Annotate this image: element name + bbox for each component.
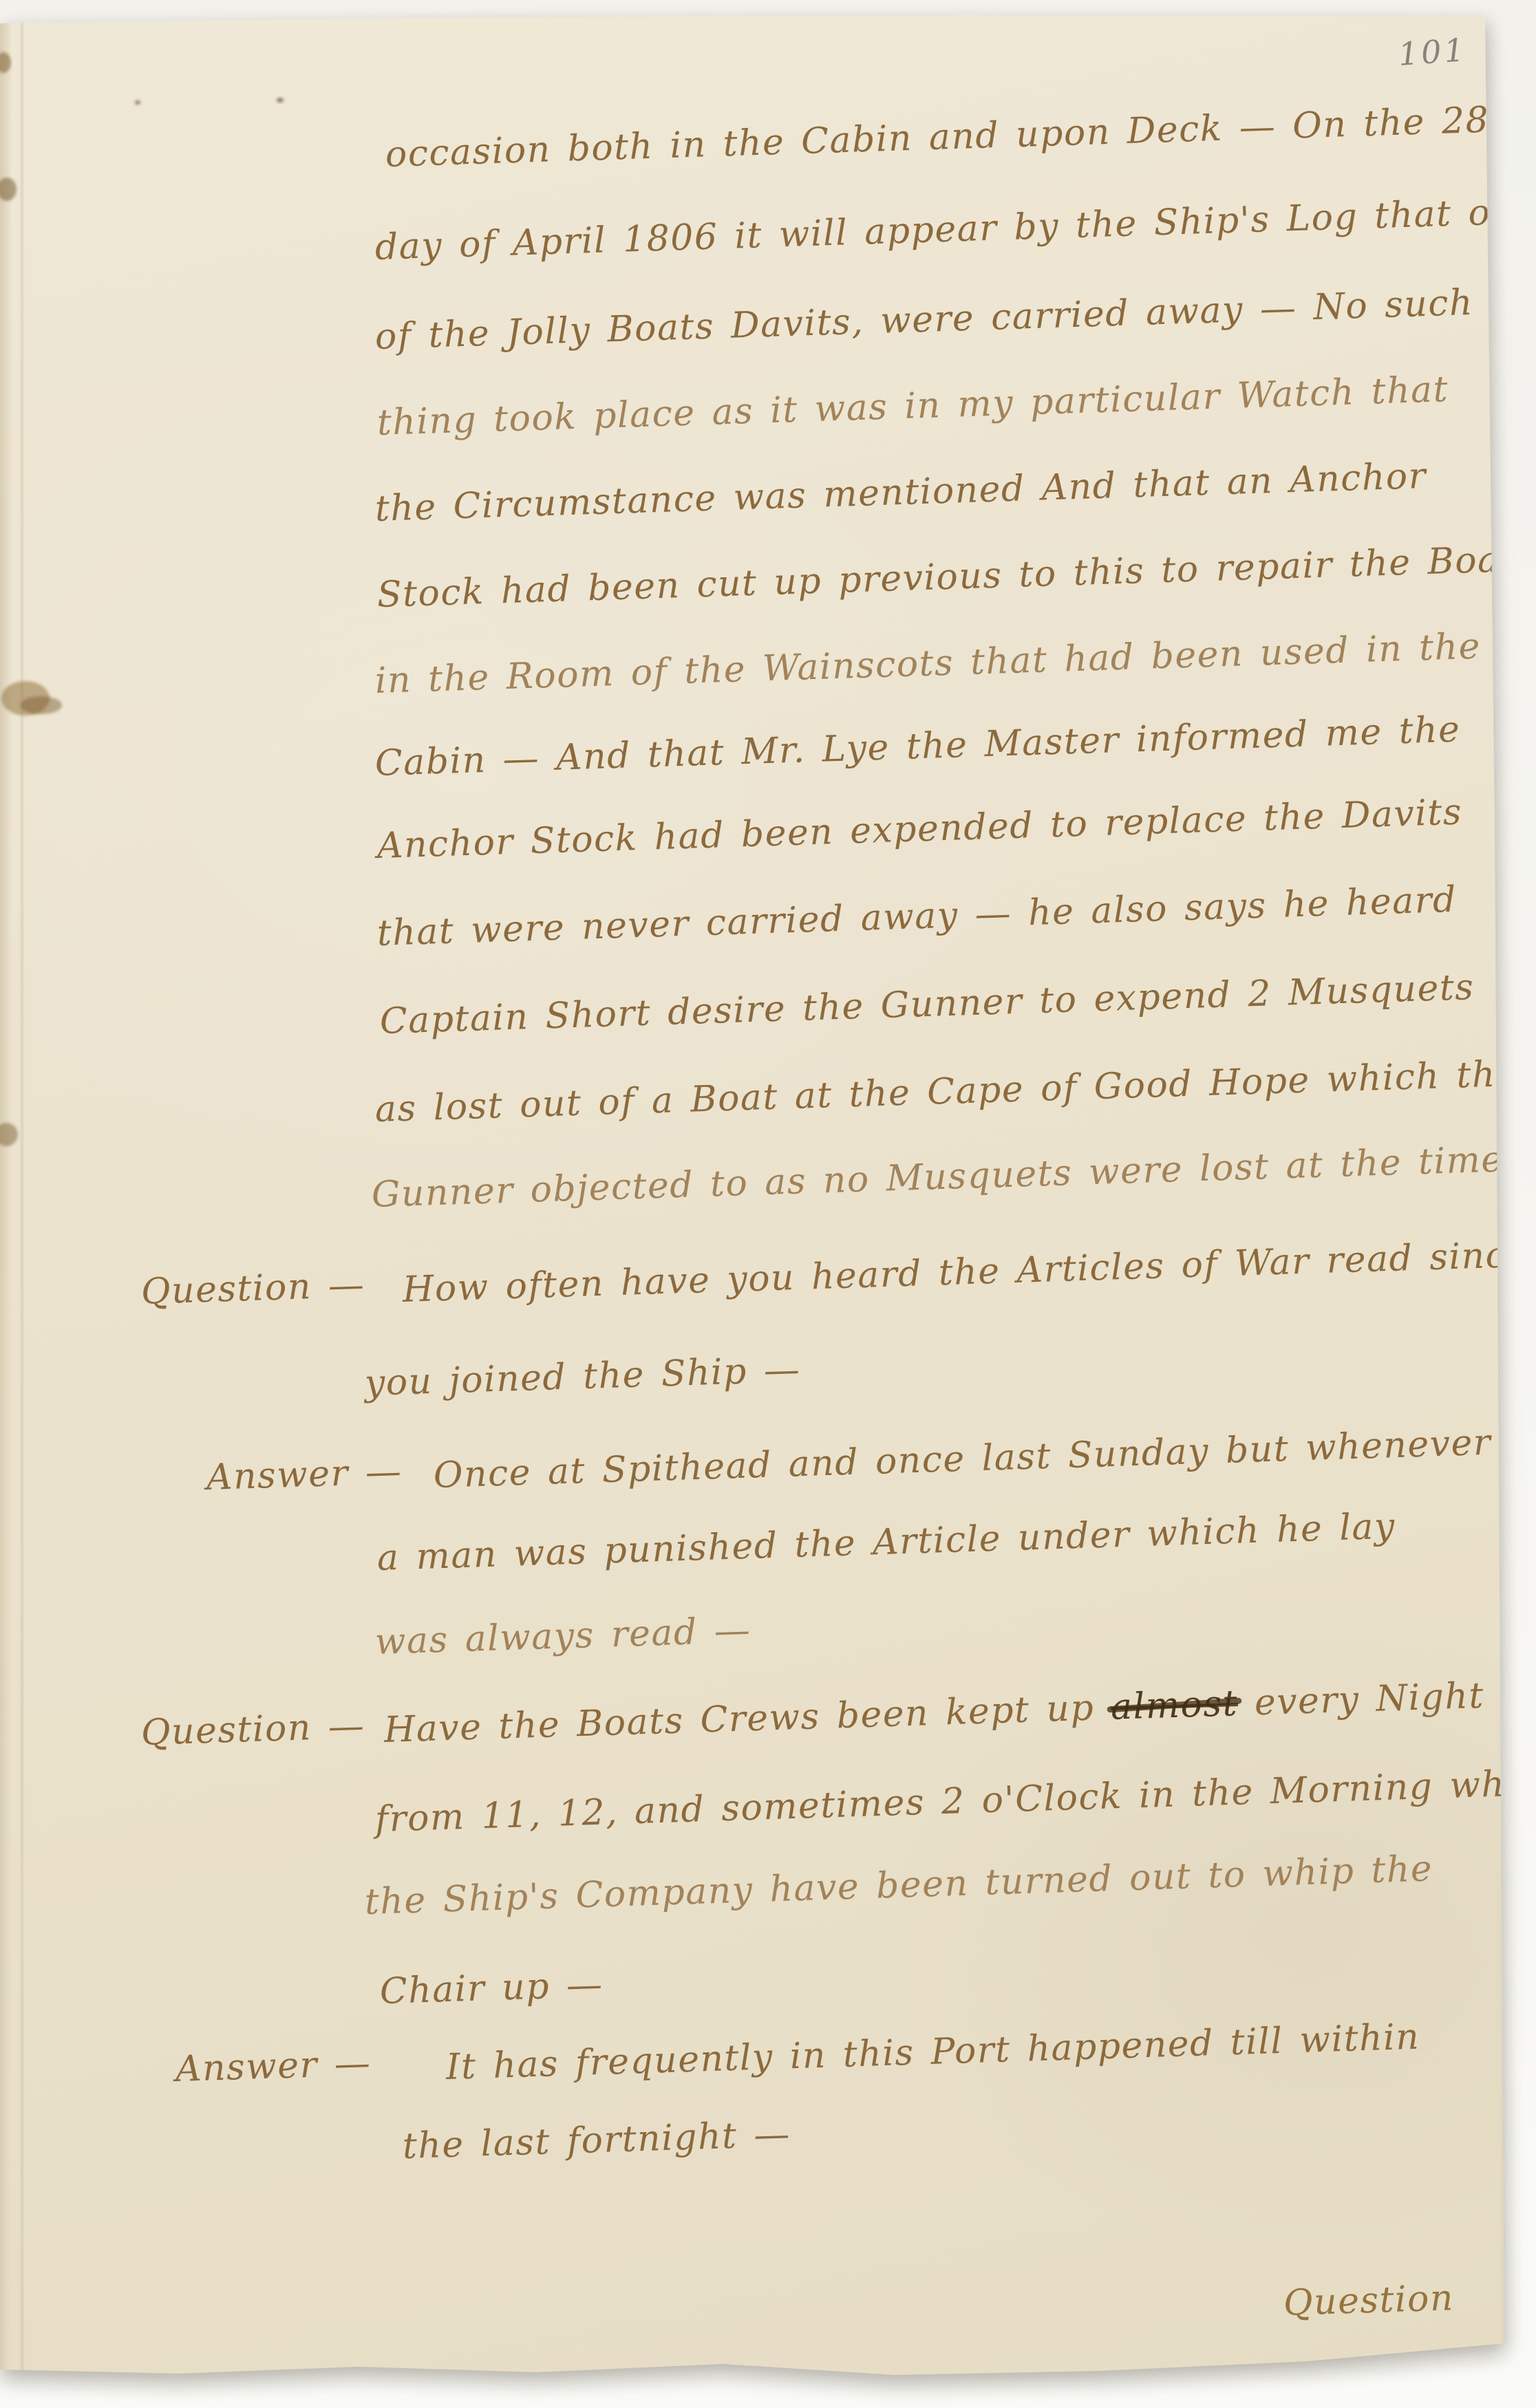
manuscript-line: occasion both in the Cabin and upon Deck… [385,98,1529,175]
manuscript-line: Have the Boats Crews been kept up almost… [383,1675,1485,1751]
manuscript-line: How often have you heard the Articles of… [402,1234,1529,1311]
manuscript-line: a man was punished the Article under whi… [376,1506,1396,1579]
binding-edge [0,0,12,2408]
binding-stain [0,178,17,201]
question-label: Question — [140,1265,365,1313]
answer-label: Answer — [206,1451,403,1498]
question-label: Question — [140,1706,365,1754]
left-crease [21,0,23,2408]
paper-shadow-wrap: 101 occasion both in the Cabin and upon … [0,0,1536,2408]
catchword: Question [1283,2277,1455,2324]
paper-sheet: 101 occasion both in the Cabin and upon … [0,0,1536,2408]
manuscript-line: Stock had been cut up previous to this t… [376,538,1535,616]
line-segment: Have the Boats Crews been kept up [383,1687,1111,1751]
ink-speck [135,100,140,105]
document-page: 101 occasion both in the Cabin and upon … [0,0,1536,2408]
page-number: 101 [1397,31,1468,73]
manuscript-line: Captain Short desire the Gunner to expen… [379,967,1475,1042]
manuscript-line: It has frequently in this Port happened … [445,2017,1420,2088]
answer-label: Answer — [175,2043,372,2090]
manuscript-line: Chair up — [379,1964,604,2012]
manuscript-line: from 11, 12, and sometimes 2 o'Clock in … [374,1762,1536,1840]
manuscript-line: Gunner objected to as no Musquets were l… [371,1139,1504,1216]
manuscript-line: thing took place as it was in my particu… [376,369,1449,444]
manuscript-line: in the Room of the Wainscots that had be… [374,626,1482,702]
binding-stain [21,696,62,714]
binding-stain [0,1123,18,1146]
manuscript-line: Once at Spithead and once last Sunday bu… [433,1422,1492,1496]
right-edge-shade [1502,0,1508,2408]
manuscript-line: the Circumstance was mentioned And that … [374,455,1427,530]
manuscript-line: you joined the Ship — [364,1349,801,1404]
manuscript-line: Anchor Stock had been expended to replac… [376,791,1463,867]
line-segment: every Night [1237,1675,1485,1724]
manuscript-line: as lost out of a Boat at the Cape of Goo… [374,1053,1519,1130]
manuscript-line: that were never carried away — he also s… [376,879,1458,954]
manuscript-line: the Ship's Company have been turned out … [364,1848,1433,1923]
manuscript-line: day of April 1806 it will appear by the … [374,191,1536,268]
manuscript-line: the last fortnight — [402,2114,791,2167]
manuscript-line: of the Jolly Boats Davits, were carried … [374,282,1474,358]
ink-speck [277,98,284,103]
manuscript-line: Cabin — And that Mr. Lye the Master info… [374,709,1461,784]
manuscript-line: was always read — [374,1610,751,1663]
struck-word: almost [1110,1683,1239,1728]
